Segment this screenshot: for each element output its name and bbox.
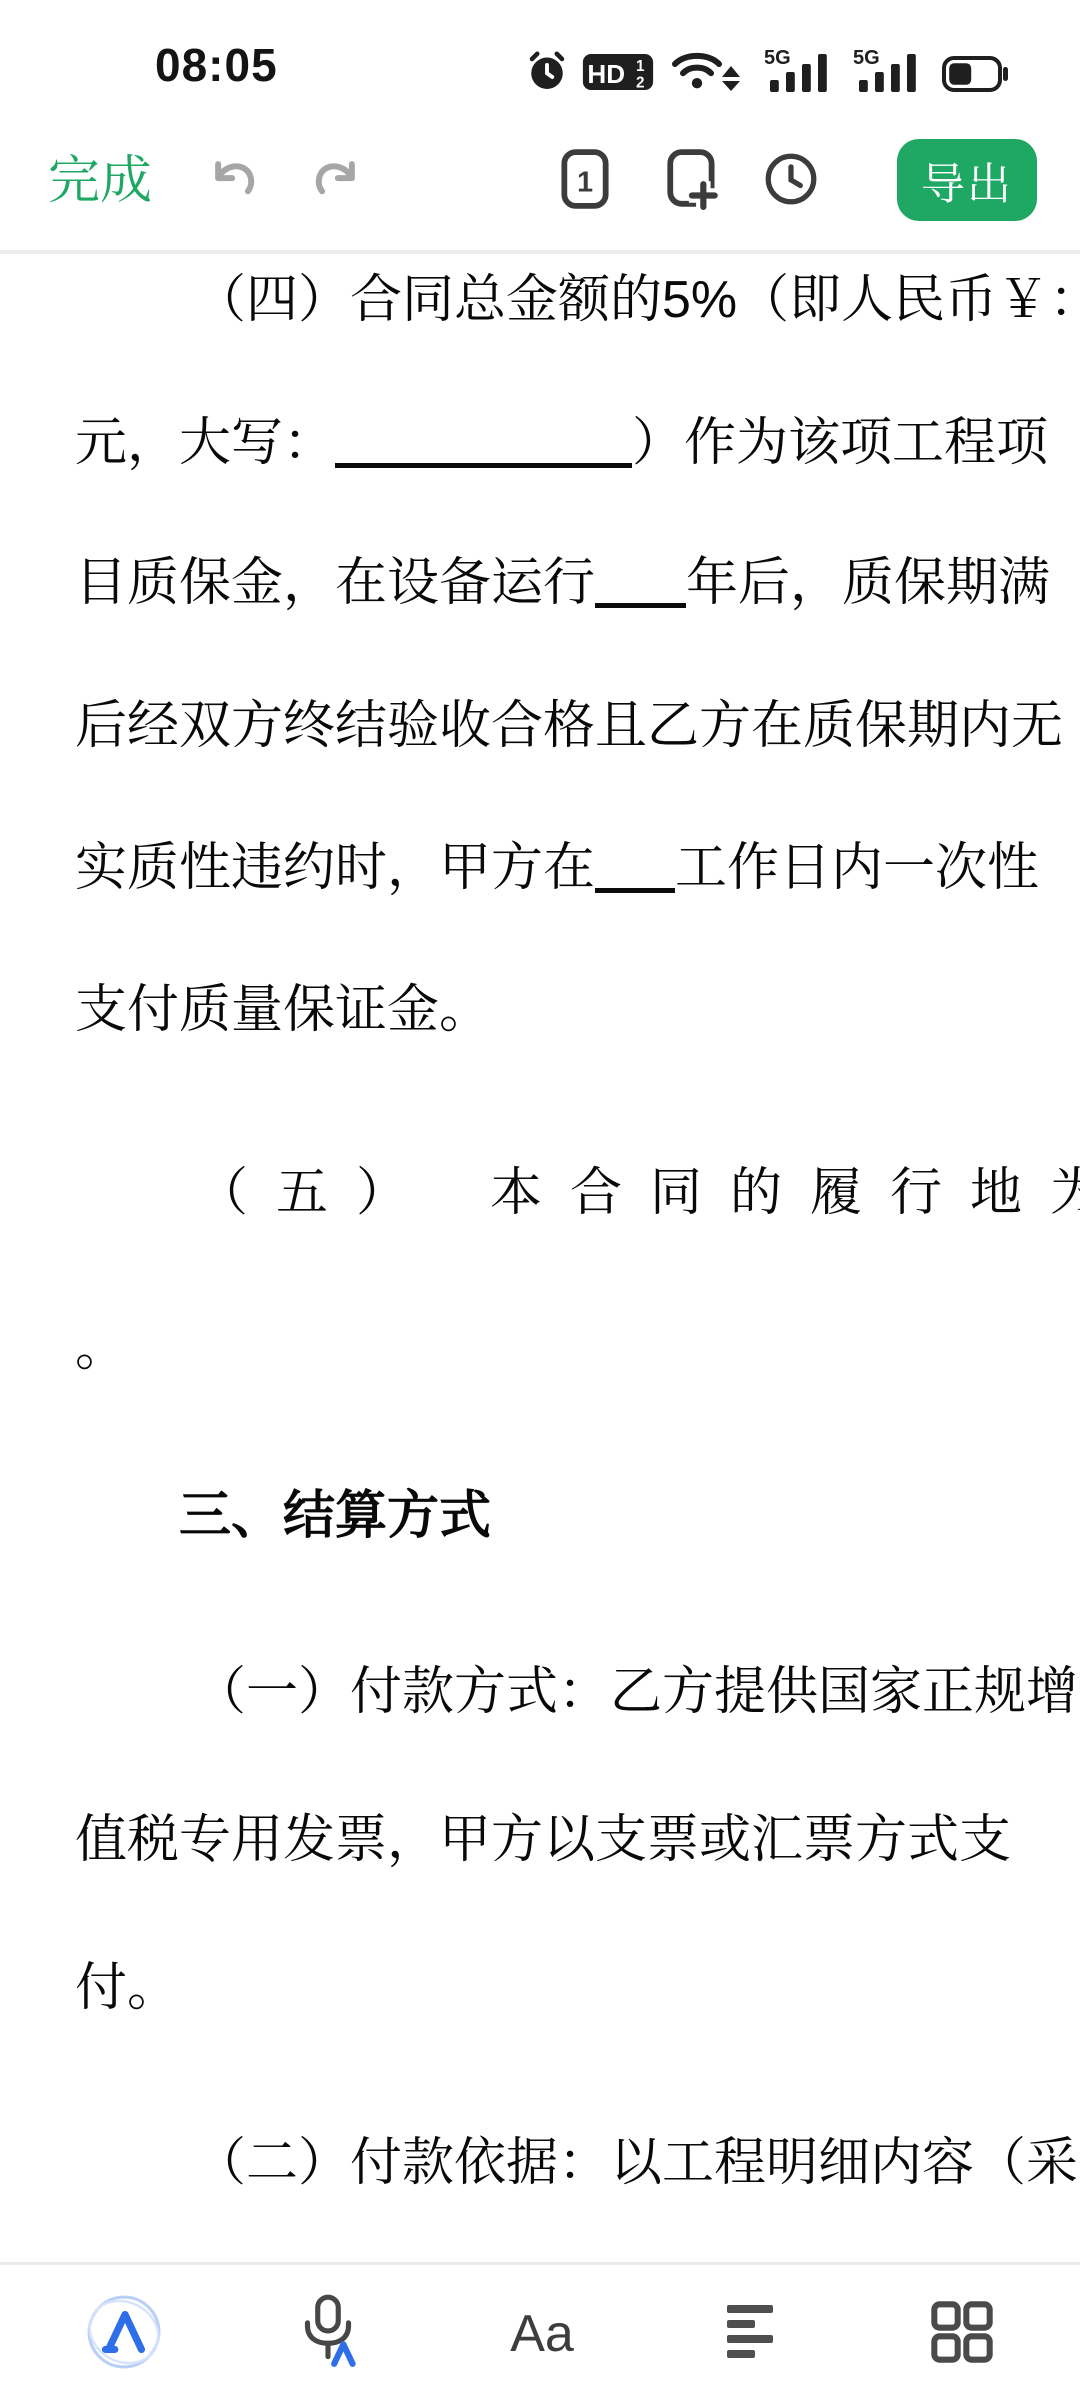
page-one-icon: 1 [560, 148, 610, 215]
page-indicator-button[interactable]: 1 [556, 150, 614, 212]
document-text: 后经双方终结验收合格且乙方在质保期内无 [75, 697, 1063, 755]
document-text: （一）付款方式：乙方提供国家正规增 [194, 1663, 1078, 1721]
redo-icon [308, 151, 366, 212]
voice-input-button[interactable] [288, 2265, 368, 2400]
document-line: （四）合同总金额的5%（即人民币￥： [194, 264, 1080, 336]
undo-icon [204, 151, 262, 212]
fill-in-blank-underline [335, 463, 632, 468]
font-settings-icon: Aa [510, 2304, 574, 2364]
signal-5g-sim1-icon: 5G [764, 46, 836, 92]
status-bar: 08:05 HD 1 2 [0, 0, 1080, 112]
document-text: 值税专用发票，甲方以支票或汇票方式支 [75, 1811, 1011, 1869]
document-line: 元，大写：）作为该项工程项 [75, 407, 1048, 479]
apps-grid-icon [930, 2300, 994, 2369]
battery-icon [942, 56, 1008, 92]
voice-input-mic-icon [295, 2292, 361, 2377]
document-line: 值税专用发票，甲方以支票或汇票方式支 [75, 1804, 1011, 1876]
document-line: 三、结算方式 [179, 1480, 491, 1552]
alarm-icon [529, 50, 565, 92]
document-line: 付。 [75, 1952, 179, 2024]
paragraph-settings-button[interactable] [716, 2265, 796, 2400]
document-line: （一）付款方式：乙方提供国家正规增 [194, 1656, 1078, 1728]
document-text: 三、结算方式 [179, 1487, 491, 1545]
document-line: 。 [75, 1312, 127, 1384]
document-text: 。 [75, 1319, 127, 1377]
ai-assistant-icon [85, 2293, 163, 2376]
fill-in-blank-underline [595, 888, 675, 893]
document-text: 目质保金，在设备运行 [75, 554, 595, 612]
document-page[interactable]: （四）合同总金额的5%（即人民币￥：元，大写：）作为该项工程项目质保金，在设备运… [0, 254, 1080, 2262]
document-text: 实质性违约时，甲方在 [75, 839, 595, 897]
undo-button[interactable] [204, 150, 262, 212]
font-settings-button[interactable]: Aa [500, 2265, 584, 2400]
document-lines: （四）合同总金额的5%（即人民币￥：元，大写：）作为该项工程项目质保金，在设备运… [0, 254, 1080, 2262]
svg-text:1: 1 [636, 58, 645, 75]
add-page-button[interactable] [664, 150, 722, 212]
history-clock-icon [763, 151, 819, 212]
document-line: （二）付款依据：以工程明细内容（采 [194, 2127, 1078, 2199]
document-line: 支付质量保证金。 [75, 974, 491, 1046]
app-screen: 08:05 HD 1 2 [0, 0, 1080, 2400]
svg-text:5G: 5G [853, 47, 880, 69]
status-time: 08:05 [155, 38, 278, 92]
document-line: （五） 本合同的履行地为 [196, 1157, 1080, 1229]
status-icons: HD 1 2 5G [529, 46, 1008, 92]
add-page-icon [666, 148, 720, 215]
apps-grid-button[interactable] [922, 2265, 1002, 2400]
document-text: （二）付款依据：以工程明细内容（采 [194, 2134, 1078, 2192]
export-button[interactable]: 导出 [897, 139, 1037, 221]
paragraph-settings-icon [725, 2303, 787, 2366]
document-text: ）作为该项工程项 [632, 414, 1048, 472]
document-line: 实质性违约时，甲方在工作日内一次性 [75, 832, 1039, 904]
document-text: 支付质量保证金。 [75, 981, 491, 1039]
history-button[interactable] [762, 150, 820, 212]
document-text: 付。 [75, 1959, 179, 2017]
top-toolbar: 完成 1 [0, 112, 1080, 250]
fill-in-blank-underline [595, 603, 686, 608]
ai-assistant-button[interactable] [84, 2265, 164, 2400]
document-line: 目质保金，在设备运行年后，质保期满 [75, 547, 1050, 619]
document-text: 年后，质保期满 [686, 554, 1050, 612]
bottom-toolbar: Aa [0, 2262, 1080, 2400]
document-line: 后经双方终结验收合格且乙方在质保期内无 [75, 690, 1063, 762]
wifi-icon [671, 48, 747, 92]
done-button[interactable]: 完成 [48, 138, 152, 224]
document-text: 元，大写： [75, 414, 335, 472]
document-text: 工作日内一次性 [675, 839, 1039, 897]
signal-5g-sim2-icon: 5G [853, 46, 925, 92]
svg-text:HD: HD [587, 59, 625, 89]
hd-volte-icon: HD 1 2 [582, 52, 654, 92]
document-text: （五） 本合同的履行地为 [196, 1164, 1080, 1222]
svg-text:5G: 5G [764, 47, 791, 69]
redo-button[interactable] [308, 150, 366, 212]
svg-text:2: 2 [636, 74, 645, 91]
svg-text:1: 1 [577, 166, 593, 198]
document-text: （四）合同总金额的5%（即人民币￥： [194, 271, 1080, 329]
